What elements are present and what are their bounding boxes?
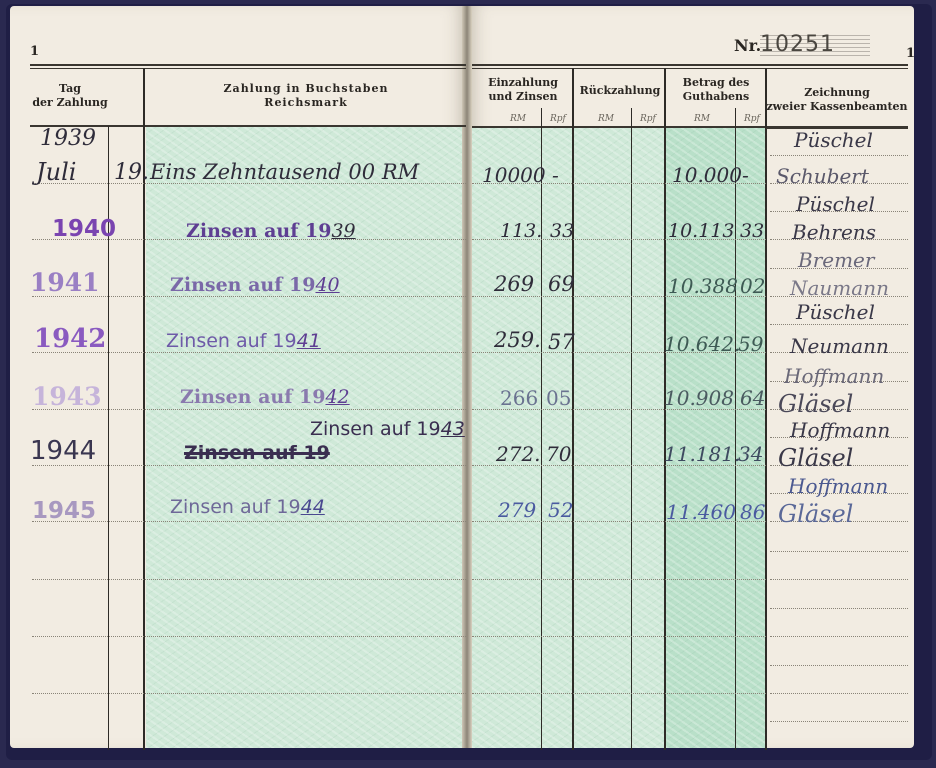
- header-top-rule: [30, 64, 466, 66]
- row-4-description-stamp: Zinsen auf 1941: [166, 330, 321, 352]
- row-line: [472, 693, 766, 694]
- row-4-description-year: 41: [297, 330, 321, 352]
- row-3-description: Zinsen auf 19: [170, 274, 315, 296]
- row-1-balance-rm: 10.000: [672, 163, 742, 187]
- row-2-balance-rm: 10.113: [668, 220, 734, 242]
- signature-line: [770, 155, 908, 156]
- row-6-balance-rm: 11.181.: [664, 442, 740, 466]
- row-3-description-year: 40: [315, 274, 339, 296]
- row-4-signature-2: Neumann: [790, 334, 889, 358]
- row-line: [32, 579, 466, 580]
- row-line: [32, 521, 466, 522]
- row-4-signature-1: Püschel: [796, 300, 875, 324]
- row-2-balance-rpf: 33: [740, 220, 764, 242]
- row-5-description-stamp: Zinsen auf 1942: [180, 386, 350, 408]
- row-2-deposit-rm: 113.: [500, 220, 542, 242]
- row-1-year: 1939: [40, 126, 96, 151]
- signature-line: [770, 551, 908, 552]
- header-withdrawal-line1: Rückzahlung: [574, 84, 666, 98]
- balance-rpf-sub: Rpf: [744, 114, 760, 124]
- account-number-label: Nr.: [734, 36, 761, 55]
- row-7-deposit-rm: 279: [498, 498, 536, 522]
- header-signature-line1: Zeichnung: [766, 86, 908, 100]
- row-1-signature-1: Püschel: [794, 128, 873, 152]
- row-3-year-stamp: 1941: [30, 268, 100, 297]
- header-withdrawal: Rückzahlung: [574, 84, 666, 98]
- header-signature: Zeichnung zweier Kassenbeamten: [766, 86, 908, 114]
- header-description-line2: Reichsmark: [146, 96, 466, 110]
- signature-line: [770, 665, 908, 666]
- signature-line: [770, 636, 908, 637]
- row-5-balance-rpf: 64: [740, 386, 765, 410]
- row-7-description-stamp: Zinsen auf 1944: [170, 496, 325, 518]
- row-5-deposit-rm: 266: [500, 386, 538, 410]
- row-4-balance-rm: 10.642.: [664, 332, 740, 356]
- row-2-description: Zinsen auf 19: [186, 220, 331, 242]
- row-5-signature-1: Hoffmann: [784, 364, 884, 388]
- row-1-description: Eins Zehntausend 00 RM: [150, 160, 419, 184]
- header-date: Tag der Zahlung: [30, 82, 110, 110]
- col-rule-5: [631, 108, 632, 750]
- row-4-deposit-rm: 259.: [494, 328, 541, 352]
- row-line: [32, 636, 466, 637]
- row-line: [32, 693, 466, 694]
- signature-line: [770, 721, 908, 722]
- row-1-balance-rpf: -: [742, 163, 749, 187]
- row-6-description-stamp: Zinsen auf 1943: [310, 418, 465, 440]
- header-top-rule-right-thin: [472, 68, 908, 69]
- row-3-balance-rpf: 02: [740, 274, 765, 298]
- row-7-signature-1: Hoffmann: [788, 474, 888, 498]
- row-2-signature-2: Behrens: [792, 220, 876, 244]
- row-5-balance-rm: 10.908: [664, 386, 734, 410]
- row-3-deposit-rm: 269: [494, 272, 534, 296]
- row-3-deposit-rpf: 69: [548, 272, 575, 296]
- row-4-deposit-rpf: 57: [548, 330, 575, 354]
- signature-line: [770, 324, 908, 325]
- row-6-deposit-rm: 272.: [496, 442, 541, 466]
- withdrawal-column-green: [574, 126, 666, 748]
- row-7-signature-2: Gläsel: [778, 500, 853, 528]
- row-6-description: Zinsen auf 19: [310, 418, 441, 440]
- col-rule-3: [541, 108, 542, 750]
- row-4-description: Zinsen auf 19: [166, 330, 297, 352]
- row-6-deposit-rpf: 70: [546, 442, 571, 466]
- row-4-balance-rpf: 59: [738, 332, 763, 356]
- row-3-description-stamp: Zinsen auf 1940: [170, 274, 340, 296]
- row-line: [32, 465, 466, 466]
- withdrawal-rpf-sub: Rpf: [640, 114, 656, 124]
- signature-line: [770, 608, 908, 609]
- row-5-deposit-rpf: 05: [546, 386, 571, 410]
- row-1-deposit-rpf: -: [552, 163, 559, 187]
- header-top-rule-thin: [30, 68, 466, 69]
- row-6-year-stamp: 1944: [30, 436, 96, 466]
- header-description-line1: Zahlung in Buchstaben: [146, 82, 466, 96]
- header-balance: Betrag des Guthabens: [666, 76, 766, 104]
- row-line: [472, 579, 766, 580]
- row-1-deposit-rm: 10000: [482, 163, 546, 187]
- header-date-line2: der Zahlung: [30, 96, 110, 110]
- row-1-day: 19.: [114, 160, 149, 185]
- deposit-rm-sub: RM: [510, 114, 526, 124]
- header-balance-line2: Guthabens: [666, 90, 766, 104]
- row-6-struck-stamp: Zinsen auf 19: [184, 442, 330, 464]
- row-5-description: Zinsen auf 19: [180, 386, 325, 408]
- row-7-description-year: 44: [301, 496, 325, 518]
- signature-line: [770, 579, 908, 580]
- row-4-year-stamp: 1942: [34, 324, 106, 354]
- row-7-balance-rm: 11.460: [666, 500, 736, 524]
- row-7-description: Zinsen auf 19: [170, 496, 301, 518]
- col-rule-7: [735, 108, 736, 750]
- row-3-signature-1: Bremer: [798, 248, 874, 272]
- row-1-signature-2: Schubert: [776, 164, 869, 188]
- row-6-signature-2: Gläsel: [778, 444, 853, 472]
- row-2-signature-1: Püschel: [796, 192, 875, 216]
- row-7-deposit-rpf: 52: [548, 498, 573, 522]
- row-5-year-stamp: 1943: [32, 382, 102, 411]
- balance-rm-sub: RM: [694, 114, 710, 124]
- row-5-description-year: 42: [325, 386, 349, 408]
- row-3-balance-rm: 10.388: [668, 274, 738, 298]
- row-3-signature-2: Naumann: [790, 276, 889, 300]
- account-number: 10251: [760, 32, 870, 57]
- row-6-description-year: 43: [441, 418, 465, 440]
- header-deposit-line2: und Zinsen: [472, 90, 574, 104]
- row-6-signature-1: Hoffmann: [790, 418, 890, 442]
- header-signature-line2: zweier Kassenbeamten: [766, 100, 908, 114]
- row-1-month: Juli: [36, 158, 76, 186]
- row-line: [472, 636, 766, 637]
- signature-line: [770, 693, 908, 694]
- header-balance-line1: Betrag des: [666, 76, 766, 90]
- row-7-balance-rpf: 86: [740, 500, 765, 524]
- header-top-rule-right: [472, 64, 908, 66]
- header-deposit-line1: Einzahlung: [472, 76, 574, 90]
- row-2-description-stamp: Zinsen auf 1939: [186, 220, 356, 242]
- deposit-rpf-sub: Rpf: [550, 114, 566, 124]
- row-2-year-stamp: 1940: [52, 216, 116, 242]
- withdrawal-rm-sub: RM: [598, 114, 614, 124]
- row-7-year-stamp: 1945: [32, 498, 96, 524]
- row-2-description-year: 39: [331, 220, 355, 242]
- row-5-signature-2: Gläsel: [778, 390, 853, 418]
- right-page-number: 1: [906, 46, 915, 61]
- row-2-deposit-rpf: 33: [550, 220, 574, 242]
- header-date-line1: Tag: [30, 82, 110, 96]
- row-6-balance-rpf: 34: [738, 442, 763, 466]
- header-description: Zahlung in Buchstaben Reichsmark: [146, 82, 466, 110]
- header-deposit: Einzahlung und Zinsen: [472, 76, 574, 104]
- left-page-number: 1: [30, 44, 39, 59]
